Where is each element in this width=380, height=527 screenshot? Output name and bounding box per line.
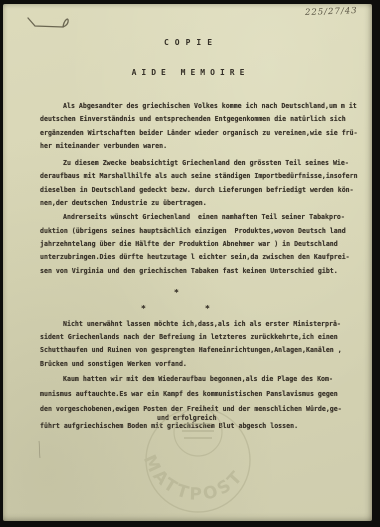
text-line: munismus auftauchte.Es war ein Kampf des…	[40, 387, 360, 402]
text-line: jahrzehntelang über die Hälfte der Produ…	[40, 238, 360, 251]
text-line: ergänzenden Wirtschaften beider Länder w…	[40, 127, 360, 140]
text-line: Als Abgesandter des griechischen Volkes …	[40, 100, 360, 113]
pencil-mark	[33, 438, 47, 462]
paragraph-4: Nicht unerwähnt lassen möchte ich,dass,a…	[40, 318, 360, 372]
asterisk: *	[141, 304, 146, 313]
text-line: Zu diesem Zwecke beabsichtigt Griechenla…	[40, 157, 360, 170]
text-line: her miteinander verbunden waren.	[40, 140, 360, 153]
paragraph-3: Andrerseits wünscht Griechenland einen n…	[40, 211, 360, 278]
text-line: Schutthaufen und Ruinen von gesprengten …	[40, 344, 360, 357]
asterisk-separator: * * *	[40, 288, 360, 314]
asterisk: *	[174, 288, 179, 297]
text-line: deraufbaus mit Marshallhilfe als auch se…	[40, 170, 360, 183]
text-line: unterzubringen.Dies dürfte heutzutage l …	[40, 251, 360, 264]
text-line: sen von Virginia und den griechischen Ta…	[40, 265, 360, 278]
paragraph-2: Zu diesem Zwecke beabsichtigt Griechenla…	[40, 157, 360, 211]
paragraph-1: Als Abgesandter des griechischen Volkes …	[40, 100, 360, 154]
text-line: duktion (übrigens seines hauptsächlich e…	[40, 225, 360, 238]
paper-watermark-seal: MATTPOST	[121, 410, 277, 525]
asterisk: *	[205, 304, 210, 313]
text-line: Andrerseits wünscht Griechenland einen n…	[40, 211, 360, 224]
svg-text:MATTPOST: MATTPOST	[139, 452, 248, 505]
text-line: dieselben in Deutschland gedeckt bezw. d…	[40, 184, 360, 197]
text-line: deutschen Einverständnis und entsprechen…	[40, 113, 360, 126]
handwritten-checkmark	[23, 14, 85, 36]
typed-text-body: Als Abgesandter des griechischen Volkes …	[40, 100, 360, 430]
doc-subtitle: AIDE MEMOIRE	[3, 47, 372, 77]
text-line: Nicht unerwähnt lassen möchte ich,dass,a…	[40, 318, 360, 331]
watermark-text: MATTPOST	[139, 452, 248, 505]
scanned-document: 225/27/43 COPIE AIDE MEMOIRE Als Abgesan…	[0, 0, 380, 527]
text-line: nen,der deutschen Industrie zu übertrage…	[40, 197, 360, 210]
text-line: Brücken und sonstigen Werken vorfand.	[40, 358, 360, 371]
text-line: Kaum hatten wir mit dem Wiederaufbau beg…	[40, 372, 360, 387]
text-line: sident Griechenlands nach der Befreiung …	[40, 331, 360, 344]
handwritten-ref-number: 225/27/43	[305, 6, 358, 18]
paper-page: 225/27/43 COPIE AIDE MEMOIRE Als Abgesan…	[3, 4, 372, 521]
